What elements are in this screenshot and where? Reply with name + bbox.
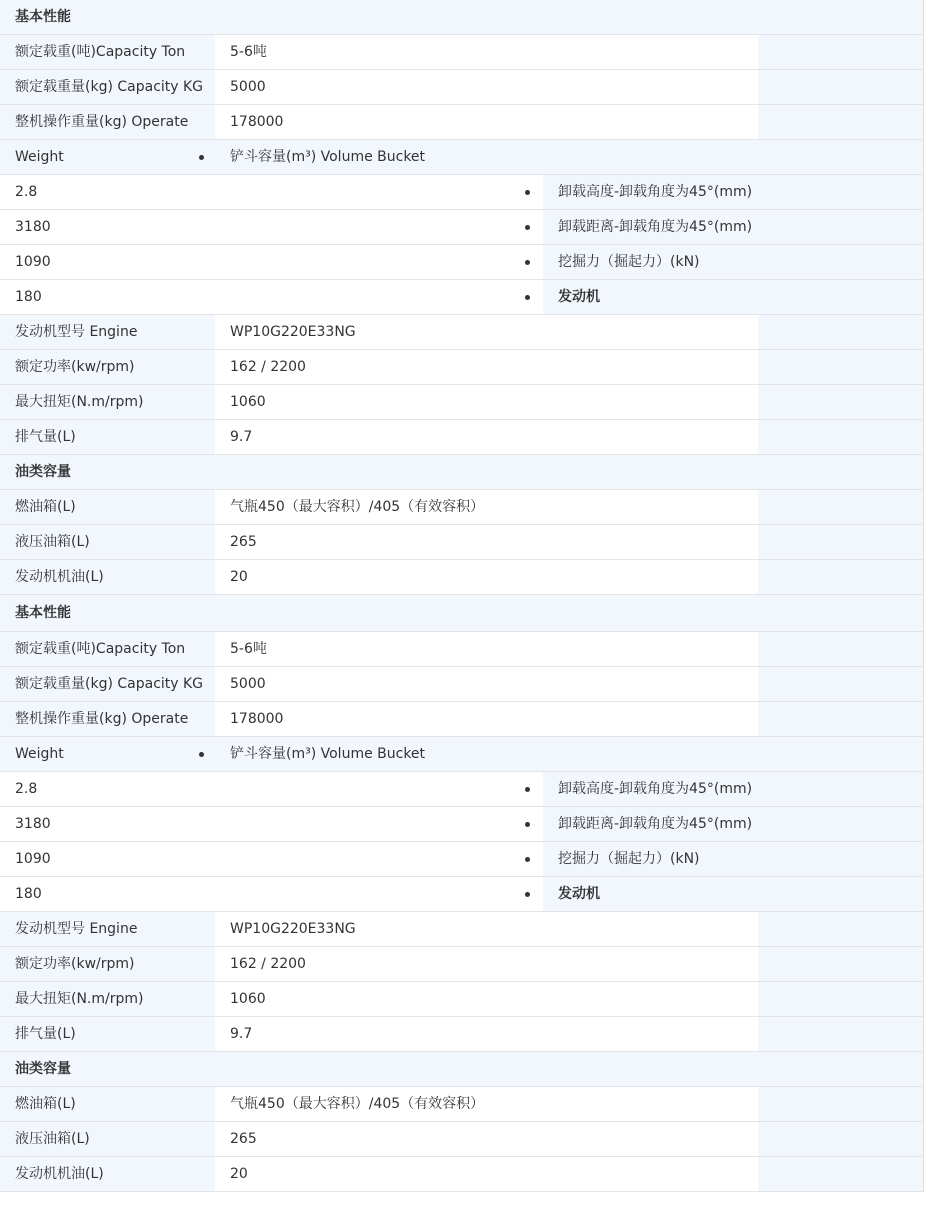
row-filler bbox=[758, 315, 923, 349]
row-value: 162 / 2200 bbox=[215, 947, 758, 981]
row-value: 3180 bbox=[0, 807, 543, 841]
row-label: 发动机型号 Engine bbox=[0, 315, 215, 349]
table-row: 整机操作重量(kg) Operate 178000 bbox=[0, 702, 923, 737]
row-label: 最大扭矩(N.m/rpm) bbox=[0, 982, 215, 1016]
bullet-icon bbox=[522, 772, 532, 806]
row-value: 265 bbox=[215, 525, 758, 559]
table-row: 排气量(L) 9.7 bbox=[0, 1017, 923, 1052]
section-header-basic: 基本性能 bbox=[0, 0, 923, 35]
table-row: 额定功率(kw/rpm) 162 / 2200 bbox=[0, 350, 923, 385]
section-header-basic: 基本性能 bbox=[0, 595, 923, 632]
row-value: 20 bbox=[215, 1157, 758, 1191]
row-value: 1090 bbox=[0, 842, 543, 876]
bullet-icon bbox=[522, 842, 532, 876]
row-label: 卸载高度-卸载角度为45°(mm) bbox=[543, 175, 923, 209]
row-label: 卸载距离-卸载角度为45°(mm) bbox=[543, 807, 923, 841]
bullet-icon bbox=[522, 280, 532, 314]
row-value: 气瓶450（最大容积）/405（有效容积） bbox=[215, 1087, 758, 1121]
row-filler bbox=[758, 490, 923, 524]
row-label: 燃油箱(L) bbox=[0, 1087, 215, 1121]
row-value: 1060 bbox=[215, 982, 758, 1016]
section-header-oil: 油类容量 bbox=[0, 1052, 923, 1087]
row-value: 1090 bbox=[0, 245, 543, 279]
row-label: 最大扭矩(N.m/rpm) bbox=[0, 385, 215, 419]
table-row: 液压油箱(L) 265 bbox=[0, 525, 923, 560]
section-title: 油类容量 bbox=[0, 455, 71, 489]
table-row: 整机操作重量(kg) Operate 178000 bbox=[0, 105, 923, 140]
section-title: 基本性能 bbox=[0, 0, 71, 34]
row-value: 2.8 bbox=[0, 175, 543, 209]
row-value: 162 / 2200 bbox=[215, 350, 758, 384]
row-value: 9.7 bbox=[215, 1017, 758, 1051]
row-filler bbox=[758, 667, 923, 701]
table-row-weight: Weight 铲斗容量(m³) Volume Bucket bbox=[0, 140, 923, 175]
row-label: 额定功率(kw/rpm) bbox=[0, 350, 215, 384]
row-label: 额定载重(吨)Capacity Ton bbox=[0, 35, 215, 69]
row-label: 额定功率(kw/rpm) bbox=[0, 947, 215, 981]
table-row-weight: Weight 铲斗容量(m³) Volume Bucket bbox=[0, 737, 923, 772]
bullet-icon bbox=[522, 175, 532, 209]
table-row-broken: 2.8 卸载高度-卸载角度为45°(mm) bbox=[0, 772, 923, 807]
row-filler bbox=[758, 947, 923, 981]
row-value: 1060 bbox=[215, 385, 758, 419]
row-value: 265 bbox=[215, 1122, 758, 1156]
row-label: 挖掘力（掘起力）(kN) bbox=[543, 245, 923, 279]
row-label: Weight bbox=[0, 140, 215, 174]
table-row: 发动机型号 Engine WP10G220E33NG bbox=[0, 912, 923, 947]
row-label: 排气量(L) bbox=[0, 420, 215, 454]
row-value: 20 bbox=[215, 560, 758, 594]
row-label: 额定载重(吨)Capacity Ton bbox=[0, 632, 215, 666]
row-filler bbox=[758, 632, 923, 666]
row-value: 铲斗容量(m³) Volume Bucket bbox=[215, 140, 425, 174]
row-label: 额定载重量(kg) Capacity KG bbox=[0, 667, 215, 701]
table-row: 燃油箱(L) 气瓶450（最大容积）/405（有效容积） bbox=[0, 1087, 923, 1122]
table-row: 额定载重(吨)Capacity Ton 5-6吨 bbox=[0, 35, 923, 70]
row-label: 燃油箱(L) bbox=[0, 490, 215, 524]
row-value: 5-6吨 bbox=[215, 632, 758, 666]
row-value: 5000 bbox=[215, 70, 758, 104]
row-label: 排气量(L) bbox=[0, 1017, 215, 1051]
table-row: 发动机机油(L) 20 bbox=[0, 560, 923, 595]
row-filler bbox=[758, 525, 923, 559]
row-label: Weight bbox=[0, 737, 215, 771]
table-row-broken: 180 发动机 bbox=[0, 877, 923, 912]
table-row: 燃油箱(L) 气瓶450（最大容积）/405（有效容积） bbox=[0, 490, 923, 525]
row-label: 发动机机油(L) bbox=[0, 1157, 215, 1191]
row-label-engine-heading: 发动机 bbox=[543, 280, 923, 314]
row-value: 180 bbox=[0, 877, 543, 911]
table-row-broken: 3180 卸载距离-卸载角度为45°(mm) bbox=[0, 210, 923, 245]
bullet-icon bbox=[522, 245, 532, 279]
row-value: WP10G220E33NG bbox=[215, 912, 758, 946]
table-row-broken: 180 发动机 bbox=[0, 280, 923, 315]
row-filler bbox=[758, 350, 923, 384]
bullet-icon bbox=[196, 140, 206, 174]
row-value: 178000 bbox=[215, 105, 758, 139]
row-label: 卸载高度-卸载角度为45°(mm) bbox=[543, 772, 923, 806]
table-row: 额定载重量(kg) Capacity KG 5000 bbox=[0, 667, 923, 702]
bullet-icon bbox=[522, 210, 532, 244]
row-filler bbox=[758, 35, 923, 69]
row-label: 额定载重量(kg) Capacity KG bbox=[0, 70, 215, 104]
row-filler bbox=[758, 1017, 923, 1051]
bullet-icon bbox=[522, 807, 532, 841]
bullet-icon bbox=[522, 877, 532, 911]
row-value: 9.7 bbox=[215, 420, 758, 454]
row-filler bbox=[758, 702, 923, 736]
row-filler bbox=[758, 912, 923, 946]
row-value: WP10G220E33NG bbox=[215, 315, 758, 349]
section-title: 基本性能 bbox=[0, 595, 71, 631]
row-filler bbox=[758, 1087, 923, 1121]
table-row-broken: 3180 卸载距离-卸载角度为45°(mm) bbox=[0, 807, 923, 842]
table-row: 最大扭矩(N.m/rpm) 1060 bbox=[0, 385, 923, 420]
section-header-oil: 油类容量 bbox=[0, 455, 923, 490]
table-row-broken: 1090 挖掘力（掘起力）(kN) bbox=[0, 245, 923, 280]
table-row: 发动机机油(L) 20 bbox=[0, 1157, 923, 1192]
spec-table: 基本性能 额定载重(吨)Capacity Ton 5-6吨 额定载重量(kg) … bbox=[0, 0, 924, 1192]
row-label: 液压油箱(L) bbox=[0, 525, 215, 559]
row-value: 180 bbox=[0, 280, 543, 314]
section-title: 油类容量 bbox=[0, 1052, 71, 1086]
row-value: 178000 bbox=[215, 702, 758, 736]
row-value: 2.8 bbox=[0, 772, 543, 806]
row-value: 5-6吨 bbox=[215, 35, 758, 69]
row-value: 铲斗容量(m³) Volume Bucket bbox=[215, 737, 425, 771]
row-filler bbox=[758, 560, 923, 594]
row-filler bbox=[758, 420, 923, 454]
row-filler bbox=[758, 982, 923, 1016]
row-label: 发动机型号 Engine bbox=[0, 912, 215, 946]
row-filler bbox=[758, 385, 923, 419]
row-label: 液压油箱(L) bbox=[0, 1122, 215, 1156]
row-label: 整机操作重量(kg) Operate bbox=[0, 105, 215, 139]
row-label-engine-heading: 发动机 bbox=[543, 877, 923, 911]
row-label: 整机操作重量(kg) Operate bbox=[0, 702, 215, 736]
row-filler bbox=[758, 105, 923, 139]
table-row-broken: 2.8 卸载高度-卸载角度为45°(mm) bbox=[0, 175, 923, 210]
table-row-broken: 1090 挖掘力（掘起力）(kN) bbox=[0, 842, 923, 877]
row-value: 5000 bbox=[215, 667, 758, 701]
row-filler bbox=[758, 1157, 923, 1191]
table-row: 额定载重(吨)Capacity Ton 5-6吨 bbox=[0, 632, 923, 667]
row-value: 气瓶450（最大容积）/405（有效容积） bbox=[215, 490, 758, 524]
row-filler bbox=[758, 70, 923, 104]
table-row: 最大扭矩(N.m/rpm) 1060 bbox=[0, 982, 923, 1017]
row-filler bbox=[758, 1122, 923, 1156]
bullet-icon bbox=[196, 737, 206, 771]
row-label: 发动机机油(L) bbox=[0, 560, 215, 594]
row-value: 3180 bbox=[0, 210, 543, 244]
table-row: 排气量(L) 9.7 bbox=[0, 420, 923, 455]
table-row: 额定功率(kw/rpm) 162 / 2200 bbox=[0, 947, 923, 982]
table-row: 液压油箱(L) 265 bbox=[0, 1122, 923, 1157]
table-row: 发动机型号 Engine WP10G220E33NG bbox=[0, 315, 923, 350]
row-label: 挖掘力（掘起力）(kN) bbox=[543, 842, 923, 876]
row-label: 卸载距离-卸载角度为45°(mm) bbox=[543, 210, 923, 244]
table-row: 额定载重量(kg) Capacity KG 5000 bbox=[0, 70, 923, 105]
